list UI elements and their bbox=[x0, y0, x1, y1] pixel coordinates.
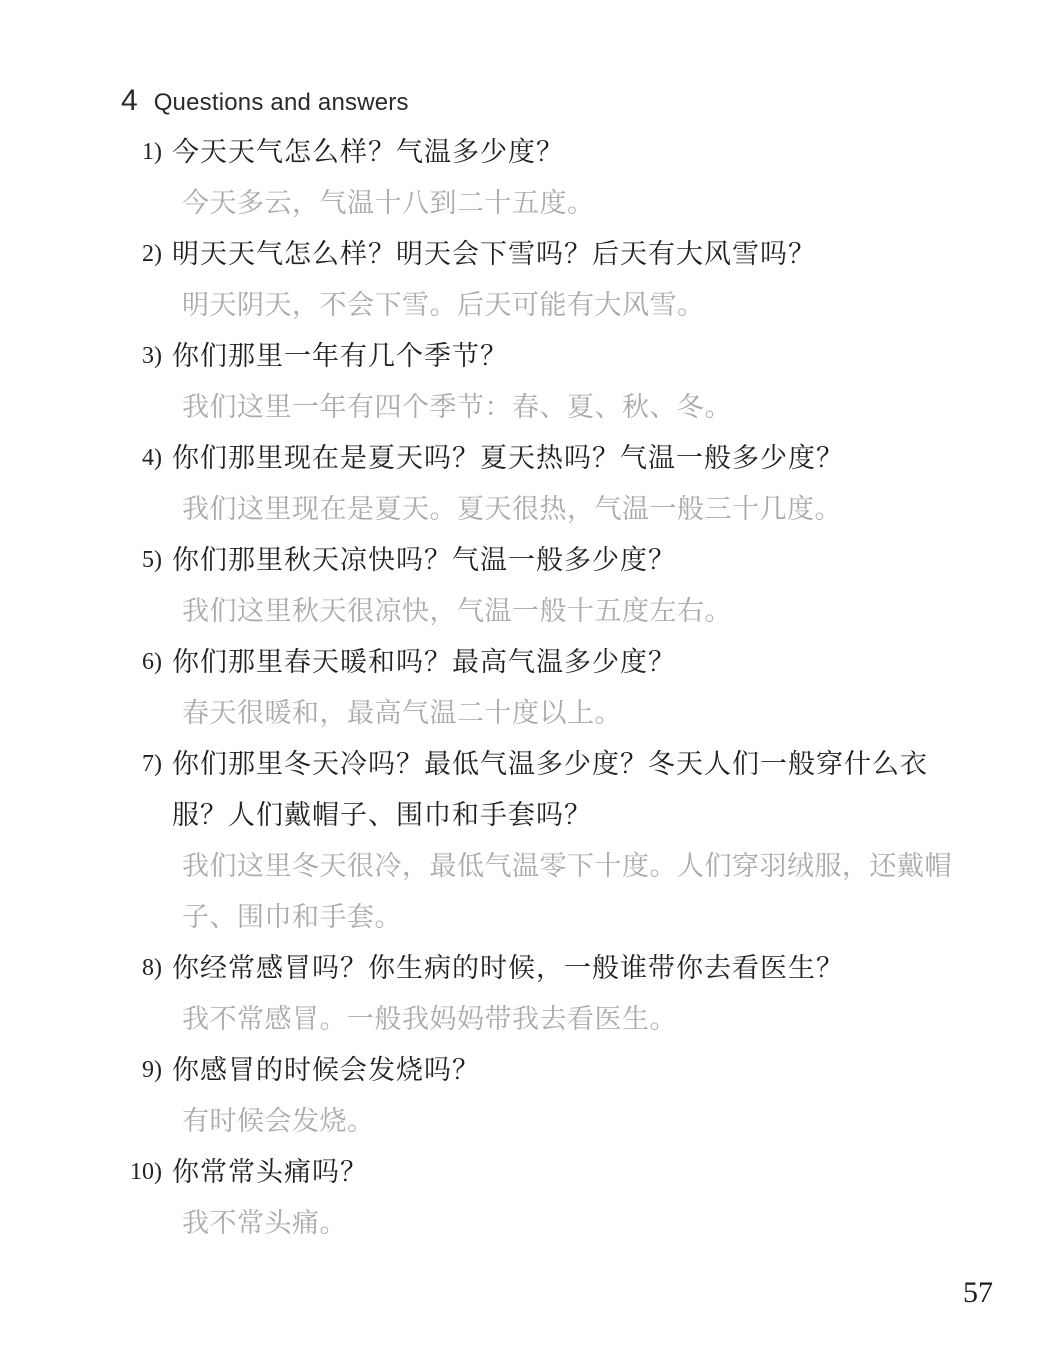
answer-row: 我们这里一年有四个季节：春、夏、秋、冬。 bbox=[121, 382, 1001, 433]
answer-text: 我们这里一年有四个季节：春、夏、秋、冬。 bbox=[182, 382, 954, 433]
answer-row: 我们这里冬天很冷，最低气温零下十度。人们穿羽绒服，还戴帽子、围巾和手套。 bbox=[121, 841, 1001, 943]
question-number: 5) bbox=[121, 535, 172, 586]
question-row: 7) 你们那里冬天冷吗？最低气温多少度？冬天人们一般穿什么衣服？人们戴帽子、围巾… bbox=[121, 739, 1001, 841]
qa-item: 1) 今天天气怎么样？气温多少度？ 今天多云，气温十八到二十五度。 bbox=[121, 127, 1001, 229]
answer-row: 我们这里现在是夏天。夏天很热，气温一般三十几度。 bbox=[121, 484, 1001, 535]
question-row: 9) 你感冒的时候会发烧吗？ bbox=[121, 1045, 1001, 1096]
qa-item: 9) 你感冒的时候会发烧吗？ 有时候会发烧。 bbox=[121, 1045, 1001, 1147]
question-text: 今天天气怎么样？气温多少度？ bbox=[172, 127, 944, 178]
qa-item: 7) 你们那里冬天冷吗？最低气温多少度？冬天人们一般穿什么衣服？人们戴帽子、围巾… bbox=[121, 739, 1001, 943]
qa-item: 4) 你们那里现在是夏天吗？夏天热吗？气温一般多少度？ 我们这里现在是夏天。夏天… bbox=[121, 433, 1001, 535]
answer-text: 有时候会发烧。 bbox=[182, 1096, 954, 1147]
question-text: 你们那里春天暖和吗？最高气温多少度？ bbox=[172, 637, 944, 688]
question-text: 你们那里一年有几个季节？ bbox=[172, 331, 944, 382]
qa-item: 8) 你经常感冒吗？你生病的时候，一般谁带你去看医生？ 我不常感冒。一般我妈妈带… bbox=[121, 943, 1001, 1045]
answer-text: 我们这里秋天很凉快，气温一般十五度左右。 bbox=[182, 586, 954, 637]
question-row: 5) 你们那里秋天凉快吗？气温一般多少度？ bbox=[121, 535, 1001, 586]
question-number: 7) bbox=[121, 739, 172, 790]
answer-row: 有时候会发烧。 bbox=[121, 1096, 1001, 1147]
question-number: 1) bbox=[121, 127, 172, 178]
question-row: 1) 今天天气怎么样？气温多少度？ bbox=[121, 127, 1001, 178]
answer-text: 我们这里现在是夏天。夏天很热，气温一般三十几度。 bbox=[182, 484, 954, 535]
answer-row: 明天阴天，不会下雪。后天可能有大风雪。 bbox=[121, 280, 1001, 331]
question-text: 你们那里秋天凉快吗？气温一般多少度？ bbox=[172, 535, 944, 586]
question-text: 你感冒的时候会发烧吗？ bbox=[172, 1045, 944, 1096]
answer-text: 我不常感冒。一般我妈妈带我去看医生。 bbox=[182, 994, 954, 1045]
qa-item: 6) 你们那里春天暖和吗？最高气温多少度？ 春天很暖和，最高气温二十度以上。 bbox=[121, 637, 1001, 739]
question-number: 6) bbox=[121, 637, 172, 688]
question-text: 你们那里现在是夏天吗？夏天热吗？气温一般多少度？ bbox=[172, 433, 944, 484]
answer-row: 今天多云，气温十八到二十五度。 bbox=[121, 178, 1001, 229]
question-number: 3) bbox=[121, 331, 172, 382]
section-title: Questions and answers bbox=[154, 89, 409, 117]
question-number: 8) bbox=[121, 943, 172, 994]
answer-text: 明天阴天，不会下雪。后天可能有大风雪。 bbox=[182, 280, 954, 331]
answer-text: 我不常头痛。 bbox=[182, 1198, 954, 1249]
answer-text: 我们这里冬天很冷，最低气温零下十度。人们穿羽绒服，还戴帽子、围巾和手套。 bbox=[182, 841, 954, 943]
qa-item: 2) 明天天气怎么样？明天会下雪吗？后天有大风雪吗？ 明天阴天，不会下雪。后天可… bbox=[121, 229, 1001, 331]
section-number: 4 bbox=[121, 84, 138, 118]
textbook-page: 4 Questions and answers 1) 今天天气怎么样？气温多少度… bbox=[0, 0, 1050, 1366]
question-row: 8) 你经常感冒吗？你生病的时候，一般谁带你去看医生？ bbox=[121, 943, 1001, 994]
question-number: 9) bbox=[121, 1045, 172, 1096]
question-number: 4) bbox=[121, 433, 172, 484]
qa-item: 10) 你常常头痛吗？ 我不常头痛。 bbox=[121, 1147, 1001, 1249]
answer-row: 我不常头痛。 bbox=[121, 1198, 1001, 1249]
question-number: 10) bbox=[121, 1147, 172, 1198]
question-row: 3) 你们那里一年有几个季节？ bbox=[121, 331, 1001, 382]
answer-row: 春天很暖和，最高气温二十度以上。 bbox=[121, 688, 1001, 739]
question-text: 明天天气怎么样？明天会下雪吗？后天有大风雪吗？ bbox=[172, 229, 944, 280]
question-text: 你经常感冒吗？你生病的时候，一般谁带你去看医生？ bbox=[172, 943, 944, 994]
question-row: 10) 你常常头痛吗？ bbox=[121, 1147, 1001, 1198]
question-text: 你们那里冬天冷吗？最低气温多少度？冬天人们一般穿什么衣服？人们戴帽子、围巾和手套… bbox=[172, 739, 944, 841]
qa-list: 1) 今天天气怎么样？气温多少度？ 今天多云，气温十八到二十五度。 2) 明天天… bbox=[121, 127, 1001, 1249]
question-row: 4) 你们那里现在是夏天吗？夏天热吗？气温一般多少度？ bbox=[121, 433, 1001, 484]
qa-item: 5) 你们那里秋天凉快吗？气温一般多少度？ 我们这里秋天很凉快，气温一般十五度左… bbox=[121, 535, 1001, 637]
answer-text: 春天很暖和，最高气温二十度以上。 bbox=[182, 688, 954, 739]
question-text: 你常常头痛吗？ bbox=[172, 1147, 944, 1198]
question-row: 2) 明天天气怎么样？明天会下雪吗？后天有大风雪吗？ bbox=[121, 229, 1001, 280]
answer-row: 我不常感冒。一般我妈妈带我去看医生。 bbox=[121, 994, 1001, 1045]
section-header: 4 Questions and answers bbox=[121, 84, 409, 118]
page-number: 57 bbox=[963, 1276, 993, 1310]
answer-text: 今天多云，气温十八到二十五度。 bbox=[182, 178, 954, 229]
question-number: 2) bbox=[121, 229, 172, 280]
answer-row: 我们这里秋天很凉快，气温一般十五度左右。 bbox=[121, 586, 1001, 637]
question-row: 6) 你们那里春天暖和吗？最高气温多少度？ bbox=[121, 637, 1001, 688]
qa-item: 3) 你们那里一年有几个季节？ 我们这里一年有四个季节：春、夏、秋、冬。 bbox=[121, 331, 1001, 433]
